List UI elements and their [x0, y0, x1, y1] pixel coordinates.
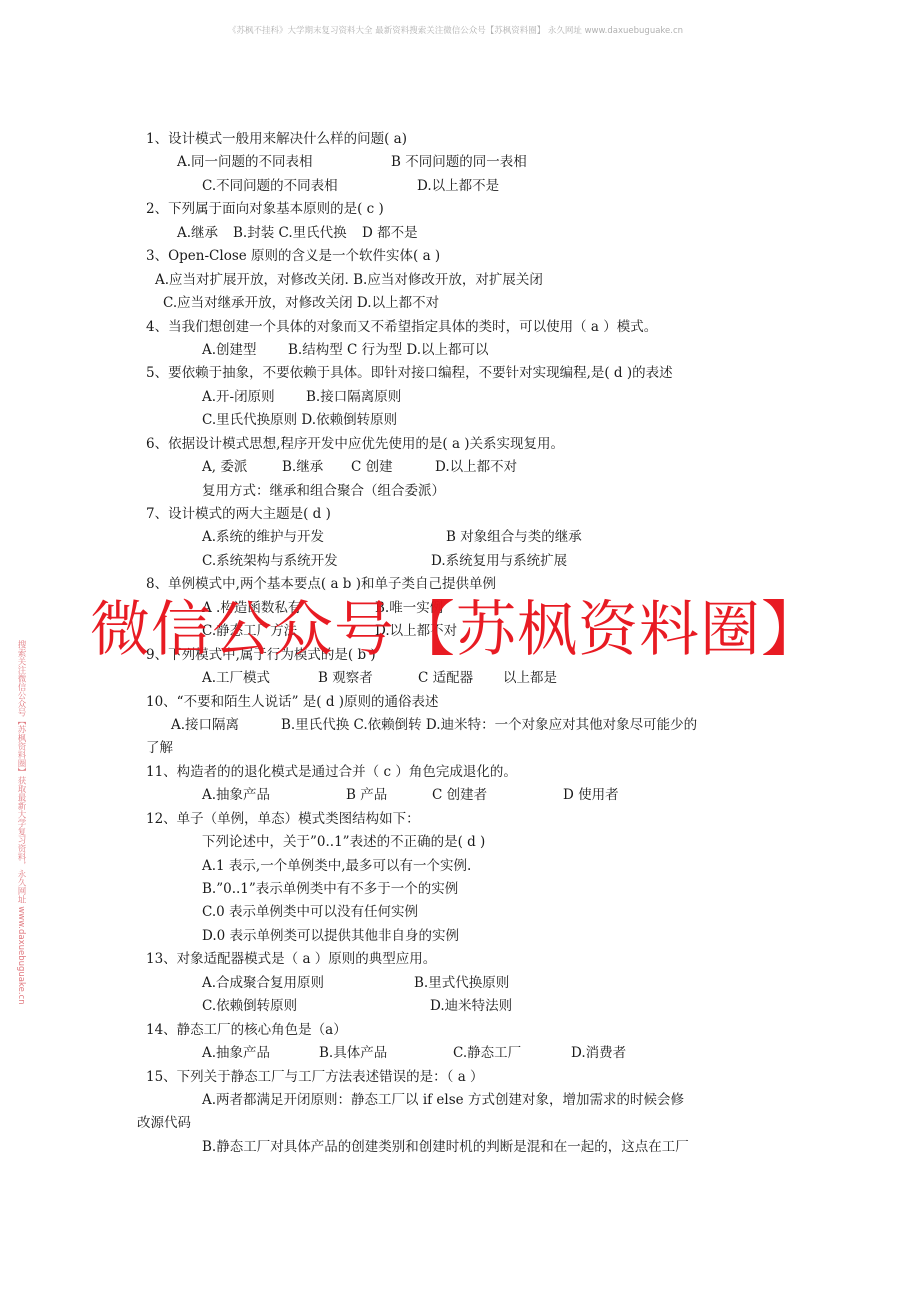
option-b: B 对象组合与类的继承 [446, 526, 582, 549]
question-text: 5、要依赖于抽象，不要依赖于具体。即针对接口编程，不要针对实现编程,是( d )… [146, 362, 673, 385]
option-b: B.接口隔离原则 [306, 386, 401, 409]
question-text: 15、下列关于静态工厂与工厂方法表述错误的是：（ a ） [146, 1066, 484, 1089]
option-a: A.1 表示,一个单例类中,最多可以有一个实例. [202, 855, 471, 878]
option-b: B.唯一实例 [375, 597, 443, 620]
question-5-stem: 5、要依赖于抽象，不要依赖于具体。即针对接口编程，不要针对实现编程,是( d )… [146, 362, 786, 385]
note-text: 复用方式：继承和组合聚合（组合委派） [202, 480, 445, 503]
question-8-stem: 8、单例模式中,两个基本要点( a b )和单子类自己提供单例 [146, 573, 786, 596]
option-b-c-d: B.结构型 C 行为型 D.以上都可以 [288, 339, 489, 362]
question-1-options: C.不同问题的不同表相 D.以上都不是 [146, 175, 786, 198]
option-a: A.抽象产品 [202, 784, 270, 807]
option-b: B.里式代换原则 [414, 972, 509, 995]
question-12-option: D.0 表示单例类可以提供其他非自身的实例 [146, 925, 786, 948]
question-text: 14、静态工厂的核心角色是（a） [146, 1019, 347, 1042]
option-b: B 观察者 [318, 667, 373, 690]
question-1-options: A.同一问题的不同表相 B 不同问题的同一表相 [146, 151, 786, 174]
option-c: C.系统架构与系统开发 [202, 550, 338, 573]
option-b: B 不同问题的同一表相 [391, 151, 527, 174]
question-text: 6、依据设计模式思想,程序开发中应优先使用的是( a )关系实现复用。 [146, 433, 564, 456]
option-a: A.系统的维护与开发 [202, 526, 324, 549]
option-d: D.迪米特法则 [430, 995, 512, 1018]
question-15-options: B.静态工厂对具体产品的创建类别和创建时机的判断是混和在一起的，这点在工厂 [146, 1136, 786, 1159]
question-11-options: A.抽象产品 B 产品 C 创建者 D 使用者 [146, 784, 786, 807]
question-1-stem: 1、设计模式一般用来解决什么样的问题( a) [146, 128, 786, 151]
question-9-stem: 9、下列模式中,属于行为模式的是( b ) [146, 644, 786, 667]
option-a: A.抽象产品 [202, 1042, 270, 1065]
question-12-option: B.”0..1”表示单例类中有不多于一个的实例 [146, 878, 786, 901]
option-d: D.0 表示单例类可以提供其他非自身的实例 [202, 925, 459, 948]
option-c: C.静态工厂 [453, 1042, 521, 1065]
option-a: A.接口隔离 [171, 714, 239, 737]
option-b: B.”0..1”表示单例类中有不多于一个的实例 [202, 878, 458, 901]
option-a-b: A.应当对扩展开放，对修改关闭. B.应当对修改开放，对扩展关闭 [155, 269, 543, 292]
question-3-stem: 3、Open-Close 原则的含义是一个软件实体( a ) [146, 245, 786, 268]
question-7-stem: 7、设计模式的两大主题是( d ) [146, 503, 786, 526]
question-11-stem: 11、构造者的的退化模式是通过合并（ c ）角色完成退化的。 [146, 761, 786, 784]
question-15-stem: 15、下列关于静态工厂与工厂方法表述错误的是：（ a ） [146, 1066, 786, 1089]
question-12-option: C.0 表示单例类中可以没有任何实例 [146, 901, 786, 924]
option-d: D.以上都不是 [417, 175, 499, 198]
option-b: B 产品 [346, 784, 387, 807]
question-text: 3、Open-Close 原则的含义是一个软件实体( a ) [146, 245, 440, 268]
question-text: 7、设计模式的两大主题是( d ) [146, 503, 331, 526]
option-c-d: C.应当对继承开放，对修改关闭 D.以上都不对 [163, 292, 439, 315]
option-d: D.消费者 [571, 1042, 626, 1065]
option-d: D 使用者 [563, 784, 619, 807]
document-body: 1、设计模式一般用来解决什么样的问题( a) A.同一问题的不同表相 B 不同问… [146, 128, 786, 1159]
question-13-options: C.依赖倒转原则 D.迪米特法则 [146, 995, 786, 1018]
option-d: D.系统复用与系统扩展 [431, 550, 567, 573]
option-c: C 创建 [351, 456, 393, 479]
option-a: A, 委派 [202, 456, 247, 479]
option-a: A.创建型 [202, 339, 257, 362]
question-6-note: 复用方式：继承和组合聚合（组合委派） [146, 480, 786, 503]
question-5-options: A.开-闭原则 B.接口隔离原则 [146, 386, 786, 409]
option-d: D.以上都不对 [435, 456, 517, 479]
question-9-options: A.工厂模式 B 观察者 C 适配器 以上都是 [146, 667, 786, 690]
option-b: B.具体产品 [319, 1042, 387, 1065]
side-watermark: 搜索关注微信公众号【苏枫资料圈】获取最新大学复习资料，永久网址 www.daxu… [12, 640, 26, 1005]
question-text: 2、下列属于面向对象基本原则的是( c ) [146, 198, 384, 221]
question-10-stem: 10、“不要和陌生人说话” 是( d )原则的通俗表述 [146, 691, 786, 714]
question-15-options: A.两者都满足开闭原则：静态工厂以 if else 方式创建对象，增加需求的时候… [146, 1089, 786, 1112]
wrapped-text: 了解 [146, 737, 173, 760]
question-12-stem: 12、单子（单例，单态）模式类图结构如下： [146, 808, 786, 831]
option-c: C.依赖倒转原则 [202, 995, 297, 1018]
question-10-options: A.接口隔离 B.里氏代换 C.依赖倒转 D.迪米特：一个对象应对其他对象尽可能… [146, 714, 786, 737]
option-c: C.不同问题的不同表相 [202, 175, 338, 198]
option-d: D 都不是 [362, 222, 418, 245]
option-a: A.工厂模式 [202, 667, 270, 690]
option-a: A.开-闭原则 [202, 386, 275, 409]
question-text: 10、“不要和陌生人说话” 是( d )原则的通俗表述 [146, 691, 439, 714]
question-2-options: A.继承 B.封装 C.里氏代换 D 都不是 [146, 222, 786, 245]
wrapped-text: 改源代码 [137, 1112, 191, 1135]
question-text: 8、单例模式中,两个基本要点( a b )和单子类自己提供单例 [146, 573, 496, 596]
question-3-options: A.应当对扩展开放，对修改关闭. B.应当对修改开放，对扩展关闭 [146, 269, 786, 292]
question-14-stem: 14、静态工厂的核心角色是（a） [146, 1019, 786, 1042]
question-8-options: C.静态工厂方法 D.以上都不对 [146, 620, 786, 643]
option-c: C.0 表示单例类中可以没有任何实例 [202, 901, 418, 924]
question-text: 1、设计模式一般用来解决什么样的问题( a) [146, 128, 407, 151]
question-10-continuation: 了解 [146, 737, 786, 760]
question-text: 13、对象适配器模式是（ a ）原则的典型应用。 [146, 948, 436, 971]
question-14-options: A.抽象产品 B.具体产品 C.静态工厂 D.消费者 [146, 1042, 786, 1065]
option-b-c: B.封装 C.里氏代换 [233, 222, 347, 245]
option-a: A.合成聚合复用原则 [202, 972, 324, 995]
header-watermark: 《苏枫不挂科》大学期末复习资料大全 最新资料搜索关注微信公众号【苏枫资料圈】 永… [228, 24, 698, 36]
option-c: C 创建者 [432, 784, 487, 807]
option-b: B.静态工厂对具体产品的创建类别和创建时机的判断是混和在一起的，这点在工厂 [202, 1136, 689, 1159]
option-a: A.继承 [177, 222, 218, 245]
question-6-options: A, 委派 B.继承 C 创建 D.以上都不对 [146, 456, 786, 479]
option-c: C.静态工厂方法 [202, 620, 297, 643]
option-b: B.继承 [282, 456, 323, 479]
option-c-d: C.里氏代换原则 D.依赖倒转原则 [202, 409, 397, 432]
question-5-options: C.里氏代换原则 D.依赖倒转原则 [146, 409, 786, 432]
option-a: A.两者都满足开闭原则：静态工厂以 if else 方式创建对象，增加需求的时候… [202, 1089, 684, 1112]
question-3-options: C.应当对继承开放，对修改关闭 D.以上都不对 [146, 292, 786, 315]
option-b-c-d: B.里氏代换 C.依赖倒转 D.迪米特：一个对象应对其他对象尽可能少的 [281, 714, 697, 737]
option-c: C 适配器 [418, 667, 473, 690]
option-a: A .构造函数私有 [202, 597, 301, 620]
option-d: D.以上都不对 [375, 620, 457, 643]
question-6-stem: 6、依据设计模式思想,程序开发中应优先使用的是( a )关系实现复用。 [146, 433, 786, 456]
question-7-options: A.系统的维护与开发 B 对象组合与类的继承 [146, 526, 786, 549]
question-4-options: A.创建型 B.结构型 C 行为型 D.以上都可以 [146, 339, 786, 362]
option-d: 以上都是 [503, 667, 557, 690]
question-15-continuation: 改源代码 [146, 1112, 786, 1135]
question-12-sub-stem: 下列论述中，关于”0..1”表述的不正确的是( d ) [146, 831, 786, 854]
option-a: A.同一问题的不同表相 [177, 151, 313, 174]
question-text: 9、下列模式中,属于行为模式的是( b ) [146, 644, 376, 667]
question-13-stem: 13、对象适配器模式是（ a ）原则的典型应用。 [146, 948, 786, 971]
question-8-options: A .构造函数私有 B.唯一实例 [146, 597, 786, 620]
question-2-stem: 2、下列属于面向对象基本原则的是( c ) [146, 198, 786, 221]
question-text: 11、构造者的的退化模式是通过合并（ c ）角色完成退化的。 [146, 761, 517, 784]
question-12-option: A.1 表示,一个单例类中,最多可以有一个实例. [146, 855, 786, 878]
question-4-stem: 4、当我们想创建一个具体的对象而又不希望指定具体的类时，可以使用（ a ）模式。 [146, 316, 786, 339]
sub-question-text: 下列论述中，关于”0..1”表述的不正确的是( d ) [202, 831, 485, 854]
question-text: 12、单子（单例，单态）模式类图结构如下： [146, 808, 420, 831]
question-7-options: C.系统架构与系统开发 D.系统复用与系统扩展 [146, 550, 786, 573]
question-13-options: A.合成聚合复用原则 B.里式代换原则 [146, 972, 786, 995]
question-text: 4、当我们想创建一个具体的对象而又不希望指定具体的类时，可以使用（ a ）模式。 [146, 316, 657, 339]
